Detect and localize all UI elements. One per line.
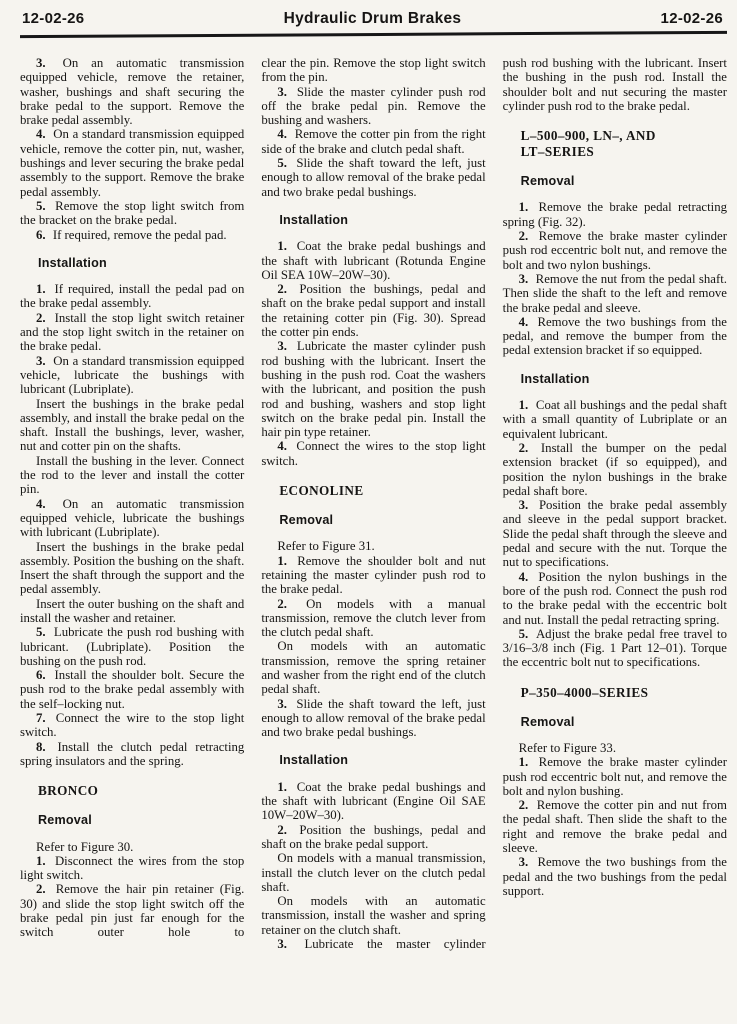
paragraph: Refer to Figure 30.	[20, 840, 244, 854]
step-number: 1.	[277, 780, 287, 794]
paragraph: On models with a manual transmission, in…	[261, 851, 485, 894]
step-number: 4.	[277, 439, 287, 453]
step-number: 3.	[519, 855, 529, 869]
step-number: 4.	[519, 315, 529, 329]
procedure-step: 4. Connect the wires to the stop light s…	[261, 439, 485, 468]
procedure-step: 1. Disconnect the wires from the stop li…	[20, 854, 244, 883]
procedure-step: 2. Position the bushings, pedal and shaf…	[261, 823, 485, 852]
procedure-step: 2. Position the bushings, pedal and shaf…	[261, 282, 485, 339]
procedure-step: 3. Remove the two bushings from the peda…	[503, 855, 727, 898]
step-number: 1.	[519, 200, 529, 214]
step-number: 2.	[36, 311, 46, 325]
procedure-step: 8. Install the clutch pedal retracting s…	[20, 740, 244, 769]
procedure-step: 7. Connect the wire to the stop light sw…	[20, 711, 244, 740]
procedure-step: 5. Remove the stop light switch from the…	[20, 199, 244, 228]
text-column-2: clear the pin. Remove the stop light swi…	[261, 56, 485, 951]
procedure-step: 3. Slide the shaft toward the left, just…	[261, 697, 485, 740]
subsection-heading: Installation	[279, 213, 485, 227]
step-number: 2.	[277, 597, 287, 611]
subsection-heading: Removal	[38, 813, 244, 827]
procedure-step: 2. Remove the brake master cylinder push…	[503, 229, 727, 272]
paragraph: push rod bushing with the lubricant. Ins…	[503, 56, 727, 113]
procedure-step: 1. If required, install the pedal pad on…	[20, 282, 244, 311]
step-number: 2.	[519, 798, 529, 812]
text-columns: 3. On an automatic transmission equipped…	[20, 36, 727, 951]
procedure-step: 1. Coat the brake pedal bushings and the…	[261, 239, 485, 282]
subsection-heading: Installation	[38, 256, 244, 270]
step-number: 2.	[277, 823, 287, 837]
procedure-step: 3. Position the brake pedal assembly and…	[503, 498, 727, 569]
step-number: 3.	[519, 498, 529, 512]
procedure-step: 3. On a standard transmission equipped v…	[20, 354, 244, 397]
section-heading: P–350–4000–SERIES	[521, 685, 727, 701]
procedure-step: 3. Lubricate the master cylinder	[261, 937, 485, 951]
paragraph: Insert the outer bushing on the shaft an…	[20, 597, 244, 626]
step-number: 4.	[36, 497, 46, 511]
section-heading: L–500–900, LN–, ANDLT–SERIES	[521, 128, 727, 160]
subsection-heading: Removal	[521, 715, 727, 729]
procedure-step: 1. Remove the brake pedal retracting spr…	[503, 200, 727, 229]
text-column-3: push rod bushing with the lubricant. Ins…	[503, 56, 727, 951]
section-heading: ECONOLINE	[279, 483, 485, 499]
subsection-heading: Installation	[521, 372, 727, 386]
procedure-step: 2. On models with a manual transmission,…	[261, 597, 485, 640]
paragraph: clear the pin. Remove the stop light swi…	[261, 56, 485, 85]
step-number: 1.	[519, 755, 529, 769]
procedure-step: 4. Remove the two bushings from the peda…	[503, 315, 727, 358]
procedure-step: 6. If required, remove the pedal pad.	[20, 228, 244, 242]
step-number: 2.	[36, 882, 46, 896]
procedure-step: 6. Install the shoulder bolt. Secure the…	[20, 668, 244, 711]
procedure-step: 1. Coat all bushings and the pedal shaft…	[503, 398, 727, 441]
procedure-step: 3. Lubricate the master cylinder push ro…	[261, 339, 485, 439]
step-number: 1.	[36, 854, 46, 868]
step-number: 1.	[36, 282, 46, 296]
step-number: 3.	[36, 354, 46, 368]
page-number-left: 12-02-26	[22, 10, 142, 27]
procedure-step: 2. Install the stop light switch retaine…	[20, 311, 244, 354]
procedure-step: 2. Remove the cotter pin and nut from th…	[503, 798, 727, 855]
subsection-heading: Installation	[279, 753, 485, 767]
procedure-step: 4. Position the nylon bushings in the bo…	[503, 570, 727, 627]
procedure-step: 2. Remove the hair pin retainer (Fig. 30…	[20, 882, 244, 939]
text-column-1: 3. On an automatic transmission equipped…	[20, 56, 244, 951]
subsection-heading: Removal	[521, 174, 727, 188]
procedure-step: 5. Slide the shaft toward the left, just…	[261, 156, 485, 199]
step-number: 5.	[277, 156, 287, 170]
procedure-step: 3. Remove the nut from the pedal shaft. …	[503, 272, 727, 315]
step-number: 7.	[36, 711, 46, 725]
procedure-step: 1. Remove the brake master cylinder push…	[503, 755, 727, 798]
step-number: 2.	[277, 282, 287, 296]
procedure-step: 3. Slide the master cylinder push rod of…	[261, 85, 485, 128]
procedure-step: 2. Install the bumper on the pedal exten…	[503, 441, 727, 498]
step-number: 4.	[36, 127, 46, 141]
section-heading: BRONCO	[38, 783, 244, 799]
procedure-step: 4. On a standard transmission equipped v…	[20, 127, 244, 198]
procedure-step: 1. Coat the brake pedal bushings and the…	[261, 780, 485, 823]
step-number: 6.	[36, 668, 46, 682]
step-number: 4.	[277, 127, 287, 141]
page-header: 12-02-26 Hydraulic Drum Brakes 12-02-26	[20, 8, 727, 28]
step-number: 6.	[36, 228, 46, 242]
page-number-right: 12-02-26	[603, 10, 723, 27]
step-number: 1.	[519, 398, 529, 412]
step-number: 1.	[277, 554, 287, 568]
manual-page: 12-02-26 Hydraulic Drum Brakes 12-02-26 …	[0, 0, 737, 1024]
step-number: 3.	[277, 85, 287, 99]
step-number: 3.	[36, 56, 46, 70]
step-number: 8.	[36, 740, 46, 754]
procedure-step: 5. Adjust the brake pedal free travel to…	[503, 627, 727, 670]
paragraph: Refer to Figure 33.	[503, 741, 727, 755]
step-number: 4.	[519, 570, 529, 584]
step-number: 3.	[277, 937, 287, 951]
procedure-step: 1. Remove the shoulder bolt and nut reta…	[261, 554, 485, 597]
page-title: Hydraulic Drum Brakes	[142, 10, 603, 28]
step-number: 3.	[277, 697, 287, 711]
procedure-step: 5. Lubricate the push rod bushing with l…	[20, 625, 244, 668]
step-number: 5.	[36, 199, 46, 213]
step-number: 3.	[519, 272, 529, 286]
step-number: 5.	[519, 627, 529, 641]
step-number: 3.	[277, 339, 287, 353]
step-number: 1.	[277, 239, 287, 253]
paragraph: Insert the bushings in the brake pedal a…	[20, 397, 244, 454]
step-number: 5.	[36, 625, 46, 639]
paragraph: Install the bushing in the lever. Connec…	[20, 454, 244, 497]
paragraph: Insert the bushings in the brake pedal a…	[20, 540, 244, 597]
subsection-heading: Removal	[279, 513, 485, 527]
procedure-step: 4. On an automatic transmission equipped…	[20, 497, 244, 540]
procedure-step: 4. Remove the cotter pin from the right …	[261, 127, 485, 156]
procedure-step: 3. On an automatic transmission equipped…	[20, 56, 244, 127]
step-number: 2.	[519, 229, 529, 243]
paragraph: On models with an automatic transmission…	[261, 894, 485, 937]
step-number: 2.	[519, 441, 529, 455]
paragraph: On models with an automatic transmission…	[261, 639, 485, 696]
paragraph: Refer to Figure 31.	[261, 539, 485, 553]
